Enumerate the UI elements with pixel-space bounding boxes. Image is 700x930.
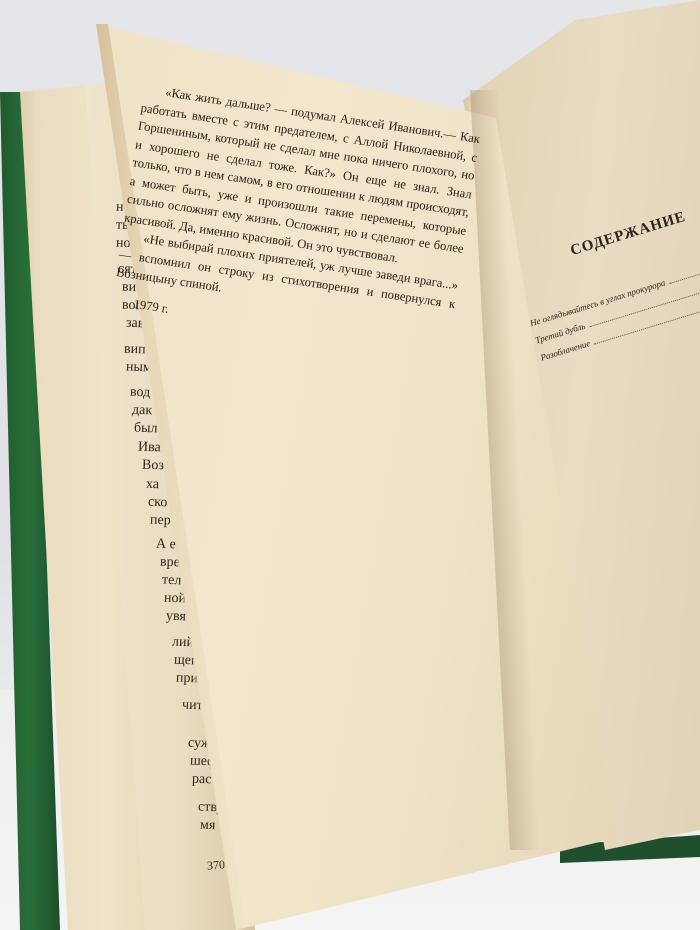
text-fragment: ско <box>148 495 168 512</box>
text-fragment: пер <box>150 513 171 530</box>
text-fragment: дак <box>132 403 153 420</box>
text-fragment: А е <box>156 537 176 554</box>
text-fragment: Ива <box>138 440 161 457</box>
text-fragment: вре <box>160 555 180 572</box>
text-fragment: был <box>134 421 158 438</box>
book-photo-scene: СОДЕРЖАНИЕ Не оглядывайтесь в углах прок… <box>0 0 700 930</box>
text-fragment: увя <box>166 609 186 626</box>
text-fragment: вод <box>130 385 151 402</box>
main-page-text: «Как жить дальше? — подумал Алексей Иван… <box>111 80 482 360</box>
text-fragment: рас <box>192 772 212 789</box>
text-fragment: Воз <box>142 458 164 475</box>
text-fragment: тел <box>162 573 182 590</box>
text-fragment: вип <box>124 342 146 359</box>
text-fragment: мя <box>200 818 216 835</box>
page-number: 370 <box>206 857 225 873</box>
text-fragment: ха <box>146 477 160 493</box>
